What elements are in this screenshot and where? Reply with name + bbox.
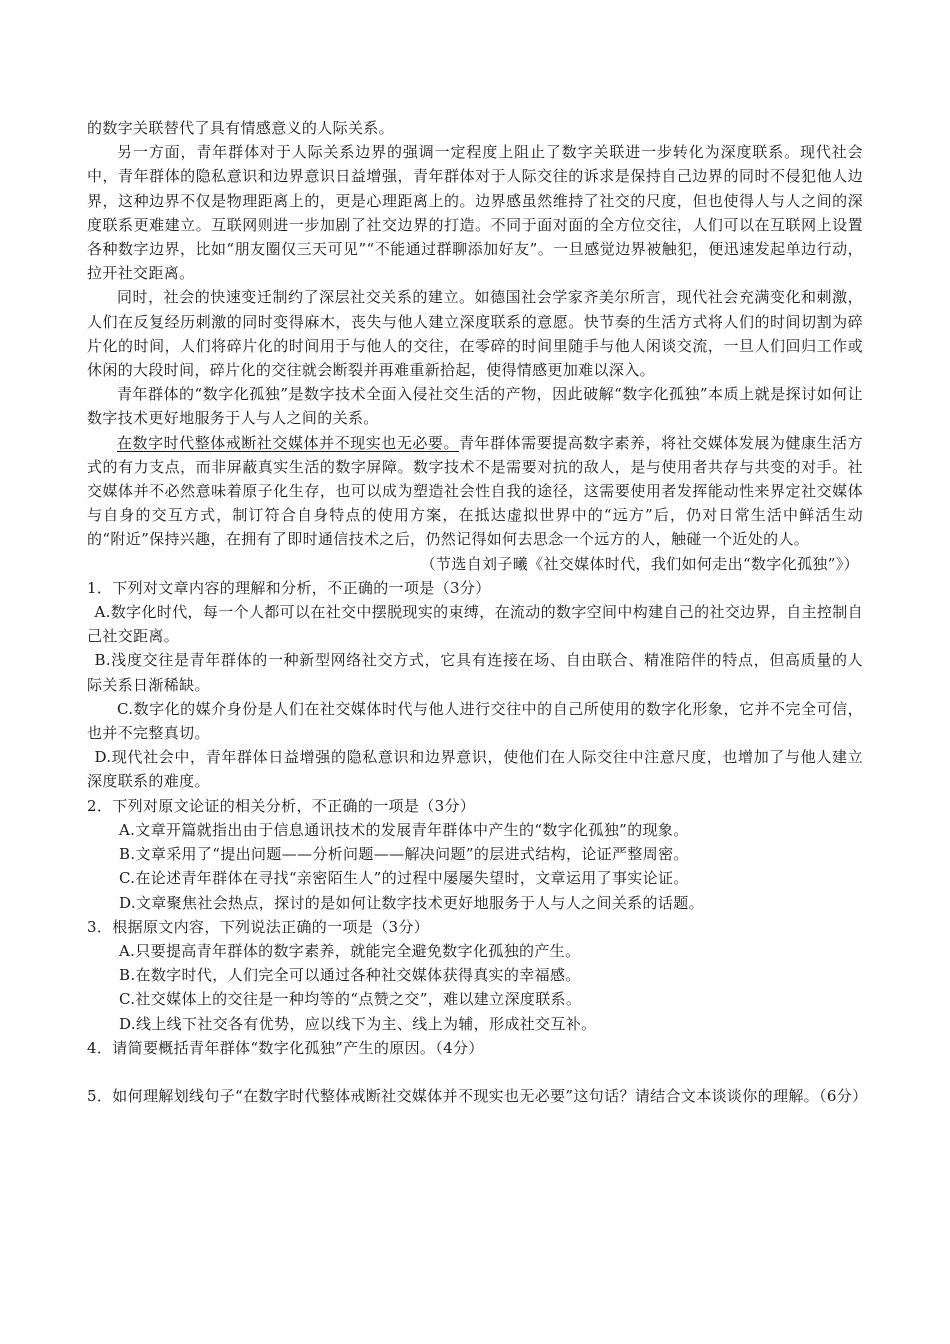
question-2: 2．下列对原文论证的相关分析，不正确的一项是（3分） A.文章开篇就指出由于信息… [87, 794, 863, 915]
option-c: C.在论述青年群体在寻找“亲密陌生人”的过程中屡屡失望时，文章运用了事实论证。 [119, 866, 863, 890]
exam-page: 的数字关联替代了具有情感意义的人际关系。 另一方面，青年群体对于人际关系边界的强… [87, 116, 863, 1108]
options-list: A.只要提高青年群体的数字素养，就能完全避免数字化孤独的产生。 B.在数字时代，… [87, 939, 863, 1036]
option-c: C.社交媒体上的交往是一种均等的“点赞之交”，难以建立深度联系。 [119, 987, 863, 1011]
underlined-sentence: 在数字时代整体戒断社交媒体并不现实也无必要。 [117, 434, 459, 452]
option-b: B.浅度交往是青年群体的一种新型网络社交方式，它具有连接在场、自由联合、精准陪伴… [87, 648, 863, 696]
option-a: A.文章开篇就指出由于信息通讯技术的发展青年群体中产生的“数字化孤独”的现象。 [119, 818, 863, 842]
passage-paragraph-thesis: 青年群体的“数字化孤独”是数字技术全面入侵社交生活的产物，因此破解“数字化孤独”… [87, 382, 863, 430]
passage-paragraph-conclusion: 在数字时代整体戒断社交媒体并不现实也无必要。青年群体需要提高数字素养，将社交媒体… [87, 431, 863, 552]
question-stem: 3．根据原文内容，下列说法正确的一项是（3分） [87, 915, 863, 939]
option-d: D.现代社会中，青年群体日益增强的隐私意识和边界意识，使他们在人际交往中注意尺度… [87, 745, 863, 793]
question-3: 3．根据原文内容，下列说法正确的一项是（3分） A.只要提高青年群体的数字素养，… [87, 915, 863, 1036]
options-list: A.文章开篇就指出由于信息通讯技术的发展青年群体中产生的“数字化孤独”的现象。 … [87, 818, 863, 915]
question-1: 1．下列对文章内容的理解和分析，不正确的一项是（3分） A.数字化时代，每一个人… [87, 576, 863, 794]
passage-paragraph-boundaries: 另一方面，青年群体对于人际关系边界的强调一定程度上阻止了数字关联进一步转化为深度… [87, 140, 863, 285]
option-b: B.在数字时代，人们完全可以通过各种社交媒体获得真实的幸福感。 [119, 963, 863, 987]
question-5: 5．如何理解划线句子“在数字时代整体戒断社交媒体并不现实也无必要”这句话？请结合… [87, 1084, 863, 1108]
question-stem: 5．如何理解划线句子“在数字时代整体戒断社交媒体并不现实也无必要”这句话？请结合… [87, 1084, 863, 1108]
option-a: A.数字化时代，每一个人都可以在社交中摆脱现实的束缚，在流动的数字空间中构建自己… [87, 600, 863, 648]
question-stem: 4．请简要概括青年群体“数字化孤独”产生的原因。（4分） [87, 1036, 863, 1060]
question-stem: 2．下列对原文论证的相关分析，不正确的一项是（3分） [87, 794, 863, 818]
option-d: D.线上线下社交各有优势，应以线下为主、线上为辅，形成社交互补。 [119, 1012, 863, 1036]
reading-passage: 的数字关联替代了具有情感意义的人际关系。 另一方面，青年群体对于人际关系边界的强… [87, 116, 863, 576]
question-stem: 1．下列对文章内容的理解和分析，不正确的一项是（3分） [87, 576, 863, 600]
passage-paragraph-continued: 的数字关联替代了具有情感意义的人际关系。 [87, 116, 863, 140]
option-b: B.文章采用了“提出问题——分析问题——解决问题”的层进式结构，论证严整周密。 [119, 842, 863, 866]
option-c: C.数字化的媒介身份是人们在社交媒体时代与他人进行交往中的自己所使用的数字化形象… [87, 697, 863, 745]
passage-paragraph-social-change: 同时，社会的快速变迁制约了深层社交关系的建立。如德国社会学家齐美尔所言，现代社会… [87, 285, 863, 382]
answer-space [87, 1060, 863, 1084]
question-4: 4．请简要概括青年群体“数字化孤独”产生的原因。（4分） [87, 1036, 863, 1060]
option-a: A.只要提高青年群体的数字素养，就能完全避免数字化孤独的产生。 [119, 939, 863, 963]
option-d: D.文章聚焦社会热点，探讨的是如何让数字技术更好地服务于人与人之间关系的话题。 [119, 891, 863, 915]
source-citation: （节选自刘子曦《社交媒体时代，我们如何走出“数字化孤独”》） [87, 552, 863, 576]
